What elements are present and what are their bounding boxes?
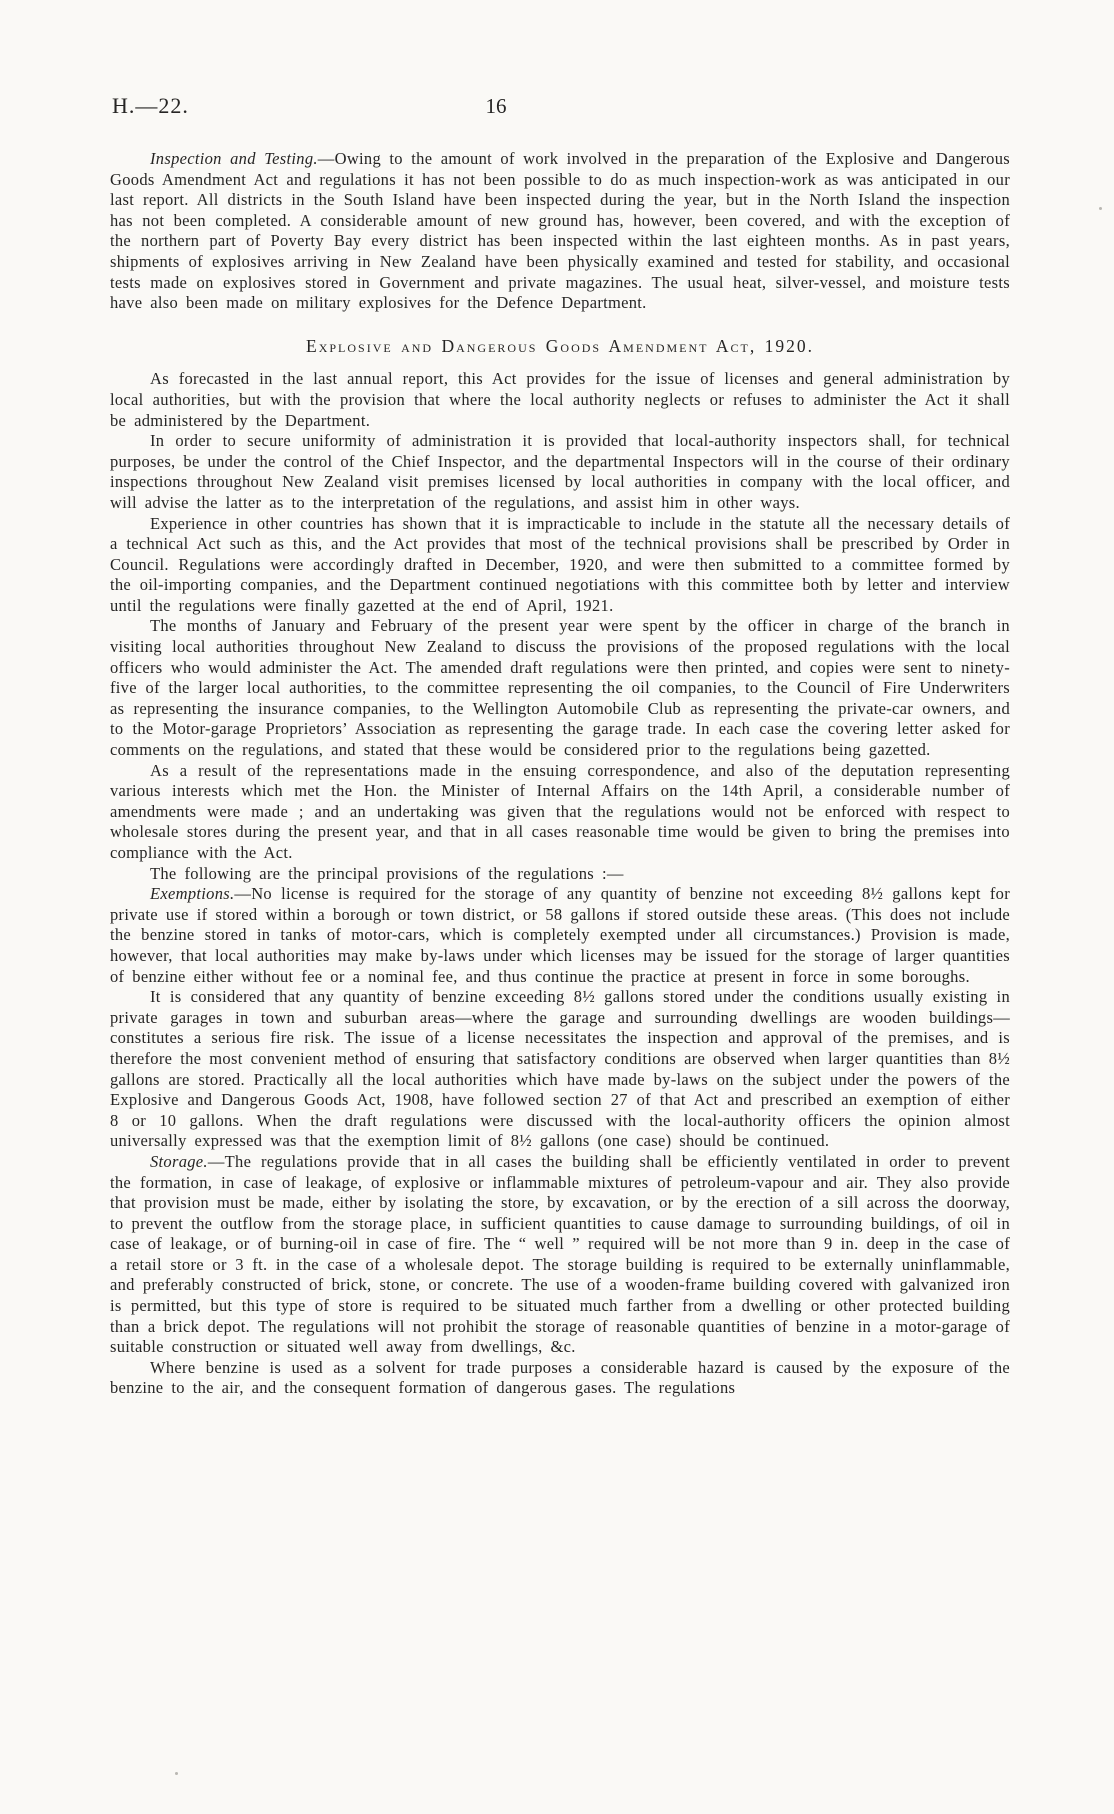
page-number: 16 bbox=[468, 94, 524, 119]
paragraph-storage: Storage.—The regulations provide that in… bbox=[110, 1152, 1010, 1358]
paragraph-text: The months of January and February of th… bbox=[110, 616, 1010, 759]
scan-speck bbox=[175, 1772, 178, 1775]
paragraph-text: The following are the principal provisio… bbox=[150, 864, 624, 883]
document-page: H.—22. 16 Inspection and Testing.—Owing … bbox=[0, 0, 1114, 1814]
paragraph: The months of January and February of th… bbox=[110, 616, 1010, 760]
section-heading: Explosive and Dangerous Goods Amendment … bbox=[110, 336, 1010, 357]
document-reference: H.—22. bbox=[112, 93, 189, 119]
paragraph-text: Where benzine is used as a solvent for t… bbox=[110, 1358, 1010, 1398]
paragraph: Where benzine is used as a solvent for t… bbox=[110, 1358, 1010, 1399]
paragraph-text: Experience in other countries has shown … bbox=[110, 514, 1010, 615]
paragraph-text: In order to secure uniformity of adminis… bbox=[110, 431, 1010, 512]
paragraph-inspection-and-testing: Inspection and Testing.—Owing to the amo… bbox=[110, 149, 1010, 314]
paragraph-text: —Owing to the amount of work involved in… bbox=[110, 149, 1010, 312]
text-column: Inspection and Testing.—Owing to the amo… bbox=[110, 149, 1010, 1399]
paragraph: It is considered that any quantity of be… bbox=[110, 987, 1010, 1152]
paragraph: As forecasted in the last annual report,… bbox=[110, 369, 1010, 431]
paragraph-provisions-intro: The following are the principal provisio… bbox=[110, 864, 1010, 885]
paragraph-lead: Exemptions. bbox=[150, 884, 234, 903]
paragraph: As a result of the representations made … bbox=[110, 761, 1010, 864]
paragraph: In order to secure uniformity of adminis… bbox=[110, 431, 1010, 513]
paragraph-text: —No license is required for the storage … bbox=[110, 884, 1010, 985]
paragraph-exemptions: Exemptions.—No license is required for t… bbox=[110, 884, 1010, 987]
page-header: H.—22. 16 bbox=[110, 93, 1010, 125]
paragraph-text: It is considered that any quantity of be… bbox=[110, 987, 1010, 1150]
paragraph: Experience in other countries has shown … bbox=[110, 514, 1010, 617]
paragraph-lead: Storage. bbox=[150, 1152, 208, 1171]
paragraph-text: As a result of the representations made … bbox=[110, 761, 1010, 862]
paragraph-text: As forecasted in the last annual report,… bbox=[110, 369, 1010, 429]
paragraph-text: —The regulations provide that in all cas… bbox=[110, 1152, 1010, 1356]
paragraph-lead: Inspection and Testing. bbox=[150, 149, 318, 168]
scan-speck bbox=[1099, 207, 1102, 210]
